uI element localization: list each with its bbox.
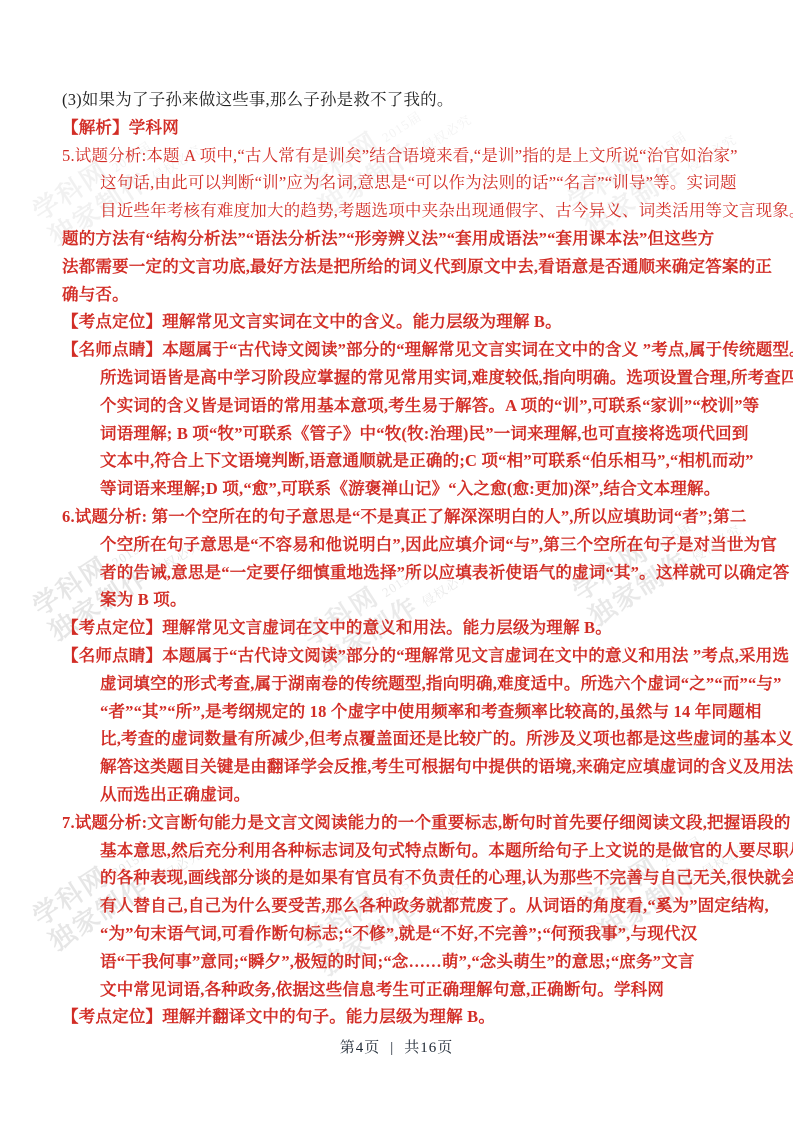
jiexi-label: 【解析】学科网	[62, 114, 743, 142]
text-line: 比,考查的虚词数量有所减少,但考点覆盖面还是比较广的。所涉及义项也都是这些虚词的…	[62, 725, 743, 753]
text-line: 从而选出正确虚词。	[62, 781, 743, 809]
text-line: 基本意思,然后充分利用各种标志词及句式特点断句。本题所给句子上文说的是做官的人要…	[62, 837, 743, 865]
item-7-analysis: 7.试题分析:文言断句能力是文言文阅读能力的一个重要标志,断句时首先要仔细阅读文…	[62, 809, 743, 837]
item-6-analysis: 6.试题分析: 第一个空所在的句子意思是“不是真正了解深深明白的人”,所以应填助…	[62, 503, 743, 531]
page-footer: 第4页|共16页	[0, 1036, 793, 1057]
text-line: 法都需要一定的文言功底,最好方法是把所给的词义代到原文中去,看语意是否通顺来确定…	[62, 253, 743, 281]
text-line: 题的方法有“结构分析法”“语法分析法”“形旁辨义法”“套用成语法”“套用课本法”…	[62, 225, 743, 253]
mingshi-dianjing-6: 【名师点睛】本题属于“古代诗文阅读”部分的“理解常见文言虚词在文中的意义和用法 …	[62, 642, 743, 670]
kaodian-dingwei-5: 【考点定位】理解常见文言实词在文中的含义。能力层级为理解 B。	[62, 308, 743, 336]
footer-separator: |	[390, 1040, 394, 1056]
kaodian-dingwei-7: 【考点定位】理解并翻译文中的句子。能力层级为理解 B。	[62, 1003, 743, 1031]
text-line: 者的告诫,意思是“一定要仔细慎重地选择”所以应填表祈使语气的虚词“其”。这样就可…	[62, 559, 743, 587]
kaodian-dingwei-6: 【考点定位】理解常见文言虚词在文中的意义和用法。能力层级为理解 B。	[62, 614, 743, 642]
page-total: 共16页	[404, 1040, 453, 1056]
text-line: 文本中,符合上下文语境判断,语意通顺就是正确的;C 项“相”可联系“伯乐相马”,…	[62, 447, 743, 475]
text-line: 个空所在句子意思是“不容易和他说明白”,因此应填介词“与”,第三个空所在句子是对…	[62, 531, 743, 559]
mingshi-dianjing-5: 【名师点睛】本题属于“古代诗文阅读”部分的“理解常见文言实词在文中的含义 ”考点…	[62, 336, 743, 364]
text-line: 解答这类题目关键是由翻译学会反推,考生可根据句中提供的语境,来确定应填虚词的含义…	[62, 753, 743, 781]
text-line: 等词语来理解;D 项,“愈”,可联系《游褒禅山记》“入之愈(愈:更加)深”,结合…	[62, 475, 743, 503]
text-line: 文中常见词语,各种政务,依据这些信息考生可正确理解句意,正确断句。学科网	[62, 976, 743, 1004]
text-line: 虚词填空的形式考查,属于湖南卷的传统题型,指向明确,难度适中。所选六个虚词“之”…	[62, 670, 743, 698]
item-5-analysis: 5.试题分析:本题 A 项中,“古人常有是训矣”结合语境来看,“是训”指的是上文…	[62, 142, 743, 170]
answer-line-3: (3)如果为了子孙来做这些事,那么子孙是救不了我的。	[62, 86, 743, 114]
text-line: 确与否。	[62, 281, 743, 309]
document-body: (3)如果为了子孙来做这些事,那么子孙是救不了我的。【解析】学科网5.试题分析:…	[62, 86, 743, 1031]
text-line: 目近些年考核有难度加大的趋势,考题选项中夹杂出现通假字、古今异义、词类活用等文言…	[62, 197, 743, 225]
text-line: 语“干我何事”意同;“瞬夕”,极短的时间;“念……萌”,“念头萌生”的意思;“庶…	[62, 948, 743, 976]
text-line: “为”句末语气词,可看作断句标志;“不修”,就是“不好,不完善”;“何预我事”,…	[62, 920, 743, 948]
text-line: “者”“其”“所”,是考纲规定的 18 个虚字中使用频率和考查频率比较高的,虽然…	[62, 698, 743, 726]
text-line: 这句话,由此可以判断“训”应为名词,意思是“可以作为法则的话”“名言”“训导”等…	[62, 169, 743, 197]
page-number: 第4页	[340, 1040, 381, 1056]
text-line: 个实词的含义皆是词语的常用基本意项,考生易于解答。A 项的“训”,可联系“家训”…	[62, 392, 743, 420]
text-line: 有人替自己,自己为什么要受苦,那么各种政务就都荒废了。从词语的角度看,“奚为”固…	[62, 892, 743, 920]
text-line: 所选词语皆是高中学习阶段应掌握的常见常用实词,难度较低,指向明确。选项设置合理,…	[62, 364, 743, 392]
text-line: 的各种表现,画线部分谈的是如果有官员有不负责任的心理,认为那些不完善与自己无关,…	[62, 864, 743, 892]
text-line: 案为 B 项。	[62, 586, 743, 614]
document-page: 学科网2015届独家制作侵权必究学科网2015届独家制作侵权必究学科网2015届…	[0, 0, 793, 1122]
text-line: 词语理解; B 项“牧”可联系《管子》中“牧(牧:治理)民”一词来理解,也可直接…	[62, 420, 743, 448]
